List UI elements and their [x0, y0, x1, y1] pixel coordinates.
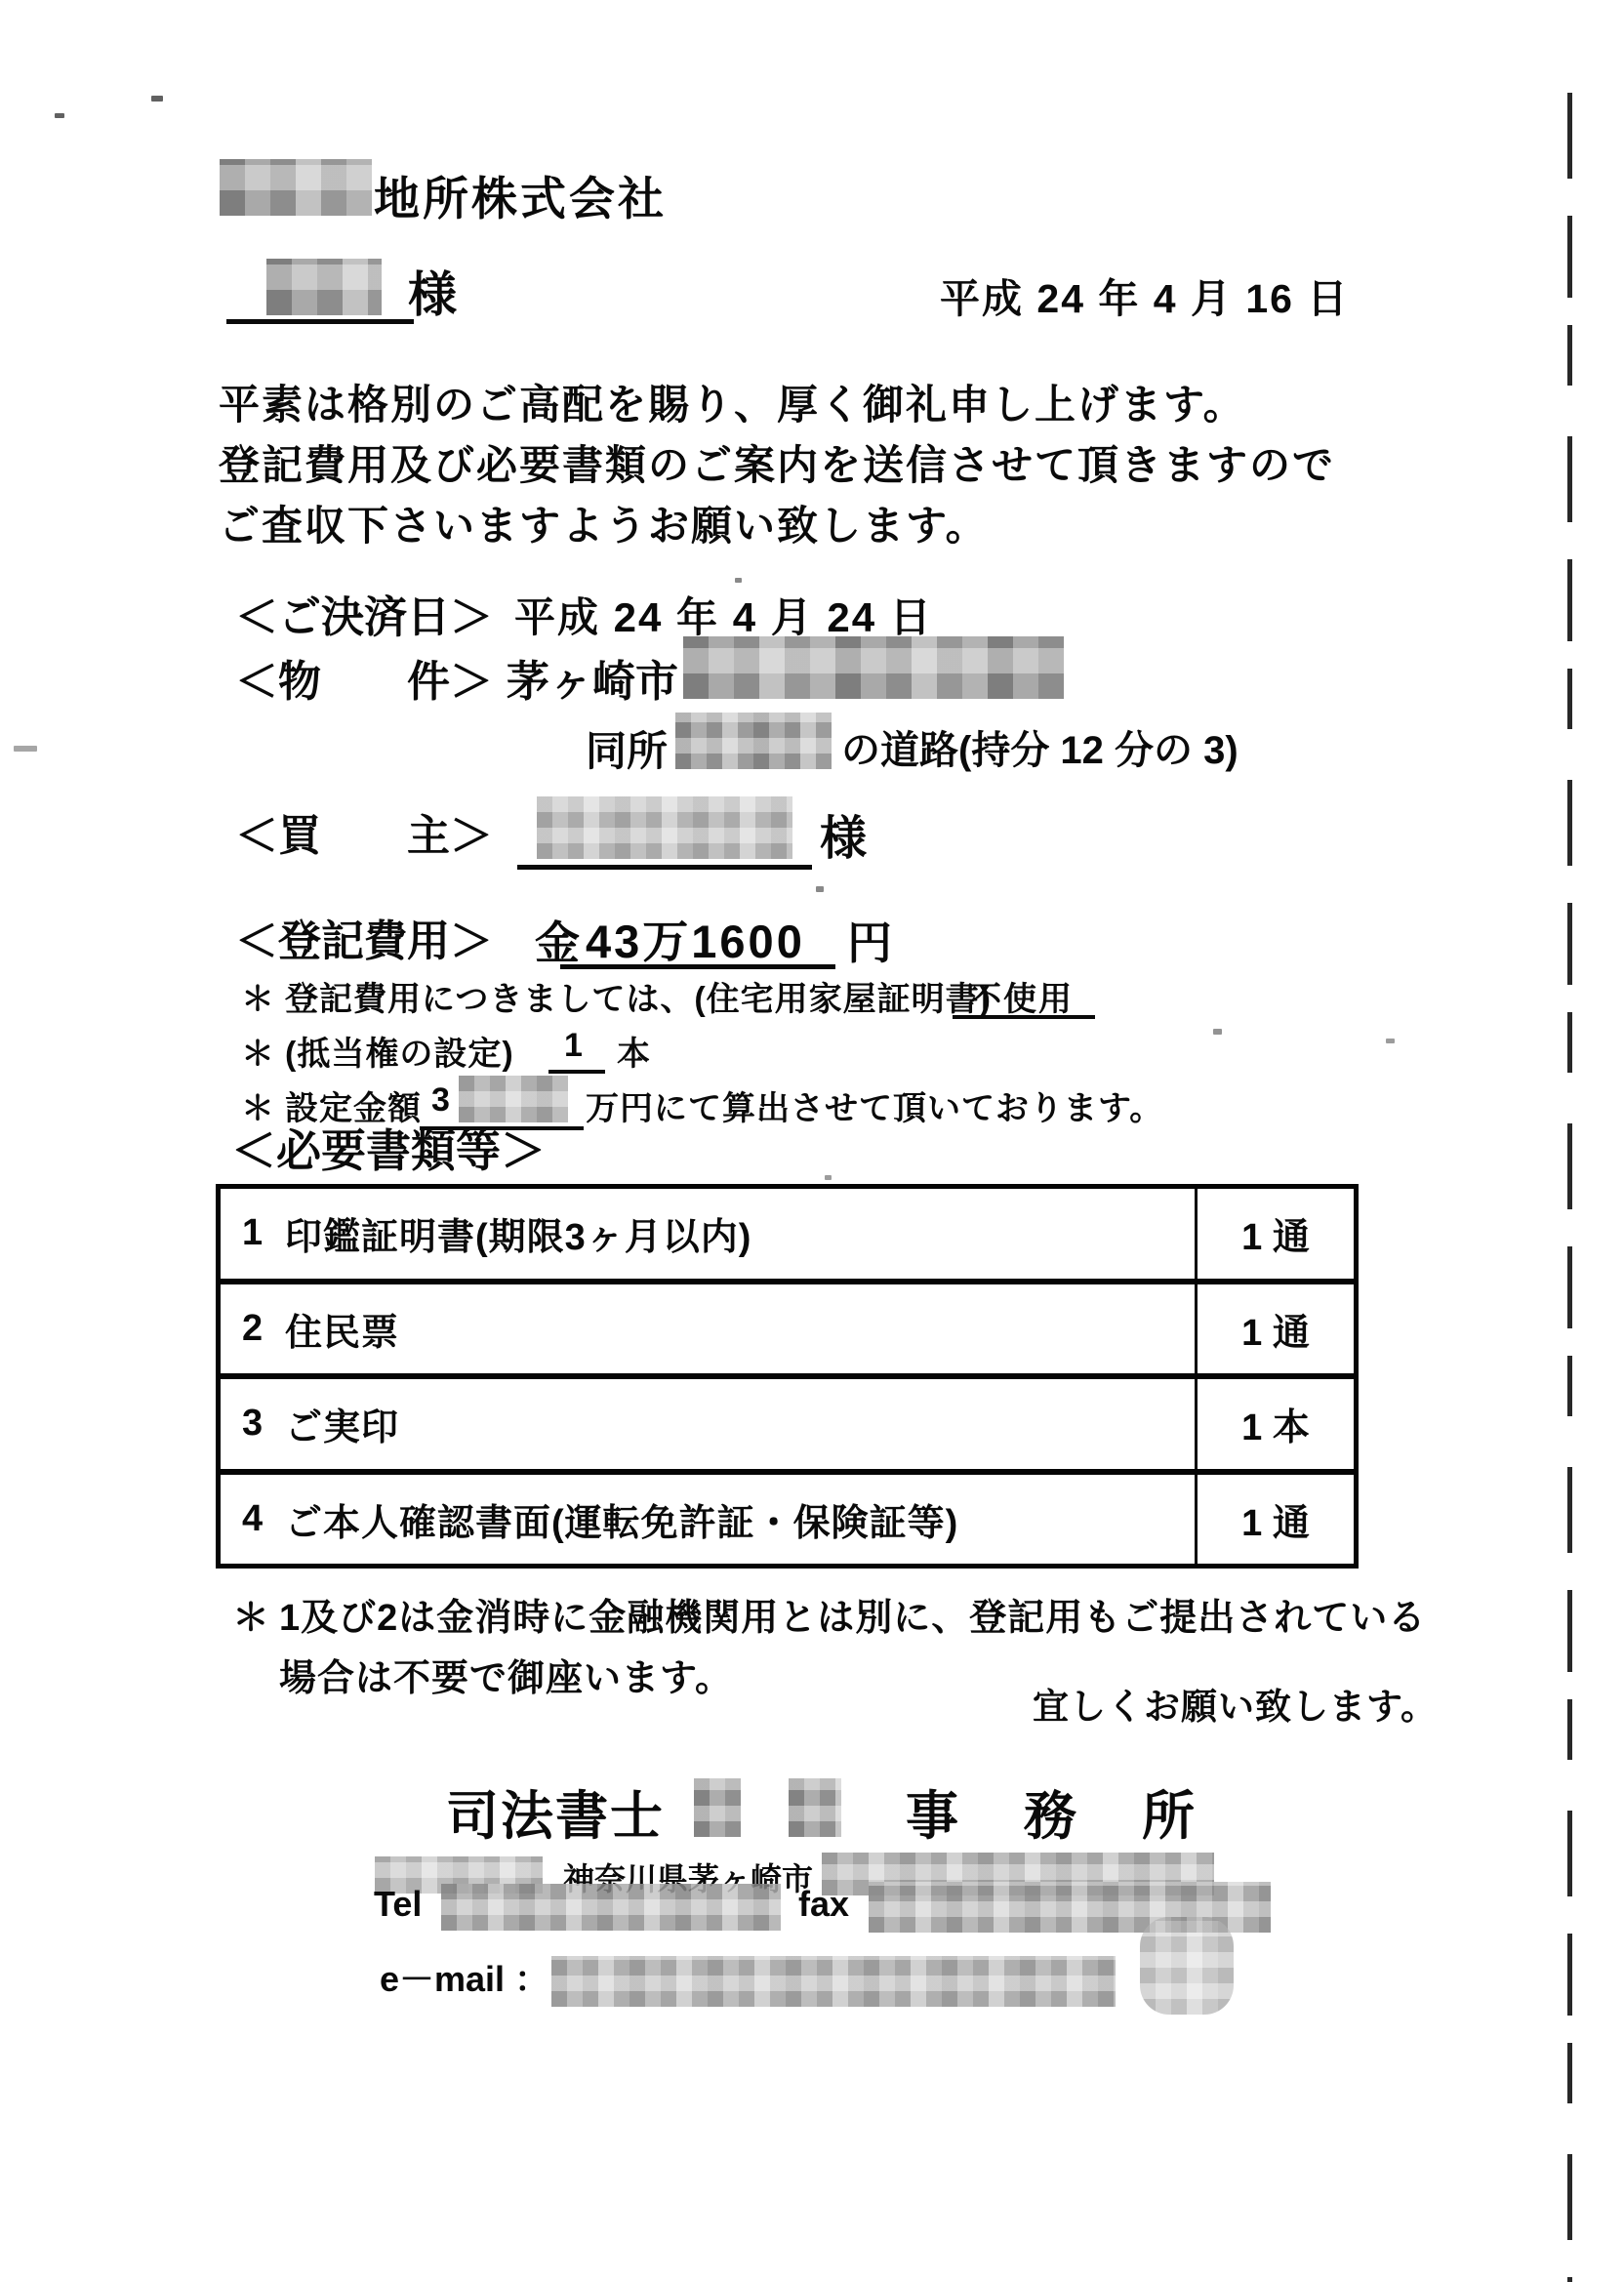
note3-value-prefix: 3 [431, 1081, 450, 1120]
row-number: 1 [242, 1212, 285, 1254]
table-cell-qty: 1 通 [1195, 1189, 1354, 1279]
fee-currency: 金 [535, 908, 580, 972]
documents-heading: ＜必要書類等＞ [231, 1116, 546, 1180]
note1-underline [953, 1015, 1095, 1019]
redacted-property-address [683, 636, 1064, 699]
email-label: e－mail ： [380, 1952, 549, 2002]
settlement-value: 平成 24 年 4 月 24 日 [514, 586, 933, 644]
table-cell-qty: 1 本 [1195, 1379, 1354, 1469]
table-cell-item: 1 印鑑証明書(期限3ヶ月以内) [221, 1189, 1195, 1279]
property-label: ＜物 件＞ [235, 646, 493, 709]
scan-speck [14, 746, 37, 752]
fee-unit: 円 [847, 908, 892, 972]
note2-text: (抵当権の設定) [285, 1027, 514, 1075]
scanned-letter-page: 地所株式会社 様 平成 24 年 4 月 16 日 平素は格別のご高配を賜り、厚… [0, 0, 1624, 2282]
scan-speck [825, 1175, 832, 1180]
redacted-office-name-1 [694, 1778, 741, 1837]
redacted-company-name [220, 159, 372, 216]
scan-speck [55, 113, 64, 118]
row-item-label: ご本人確認書面(運転免許証・保険証等) [285, 1492, 958, 1546]
scan-speck [735, 578, 742, 583]
required-documents-table: 1 印鑑証明書(期限3ヶ月以内) 1 通 2 住民票 1 通 3 ご実印 1 本… [216, 1184, 1359, 1569]
greeting-line-3: ご査収下さいますようお願い致します。 [219, 494, 989, 552]
redacted-property-lot [675, 713, 832, 769]
footnote-line-1: 1及び2は金消時に金融機関用とは別に、登記用もご提出されている [279, 1587, 1426, 1641]
note3-suffix: 万円にて算出させて頂いております。 [586, 1081, 1163, 1129]
recipient-underline [226, 319, 414, 324]
tel-label: Tel [374, 1884, 422, 1925]
scan-speck [816, 886, 824, 892]
row-item-label: ご実印 [285, 1397, 399, 1450]
fee-amount: 43万1600 [586, 906, 805, 971]
issue-date: 平成 24 年 4 月 16 日 [940, 266, 1349, 324]
company-name-suffix: 地所株式会社 [374, 163, 667, 228]
redacted-tel-number [441, 1884, 781, 1931]
greeting-line-2: 登記費用及び必要書類のご案内を送信させて頂きますので [219, 433, 1335, 492]
recipient-honorific: 様 [408, 256, 457, 326]
redacted-seal-stamp [1140, 1917, 1234, 2015]
redacted-buyer-name [537, 796, 792, 859]
note2-value: 1 [564, 1027, 583, 1065]
table-cell-qty: 1 通 [1195, 1475, 1354, 1565]
buyer-label: ＜買 主＞ [235, 800, 493, 863]
greeting-line-1: 平素は格別のご高配を賜り、厚く御礼申し上げます。 [219, 373, 1246, 431]
table-row: 2 住民票 1 通 [221, 1284, 1354, 1380]
redacted-recipient-name [266, 259, 382, 315]
note1-text: 登記費用につきましては、(住宅用家屋証明書) [285, 972, 992, 1020]
table-row: 3 ご実印 1 本 [221, 1379, 1354, 1475]
office-title-suffix: 事 務 所 [906, 1774, 1220, 1850]
note1-value: 不使用 [968, 972, 1074, 1020]
fee-label: ＜登記費用＞ [235, 906, 493, 968]
table-cell-qty: 1 通 [1195, 1284, 1354, 1374]
row-number: 4 [242, 1498, 285, 1540]
row-number: 2 [242, 1308, 285, 1350]
footnote-bullet: ＊ [232, 1587, 269, 1641]
note2-underline [548, 1070, 605, 1074]
table-cell-item: 2 住民票 [221, 1284, 1195, 1374]
row-number: 3 [242, 1403, 285, 1445]
table-row: 4 ご本人確認書面(運転免許証・保険証等) 1 通 [221, 1475, 1354, 1565]
row-item-label: 住民票 [285, 1302, 399, 1356]
row-item-label: 印鑑証明書(期限3ヶ月以内) [285, 1206, 751, 1260]
redacted-office-name-2 [789, 1778, 841, 1837]
note2-unit: 本 [617, 1027, 650, 1075]
buyer-underline [517, 865, 812, 870]
scan-speck [151, 96, 163, 102]
scan-speck [1213, 1029, 1222, 1035]
property-city: 茅ヶ崎市 [507, 646, 678, 709]
property-line2-suffix: の道路(持分 12 分の 3) [841, 719, 1238, 775]
table-row: 1 印鑑証明書(期限3ヶ月以内) 1 通 [221, 1189, 1354, 1284]
footnote-line-2: 場合は不要で御座います。 [279, 1648, 733, 1701]
property-line2-prefix: 同所 [586, 719, 668, 778]
buyer-honorific: 様 [820, 800, 867, 868]
note2-bullet: ＊ [241, 1027, 274, 1075]
closing-text: 宜しくお願い致します。 [1033, 1677, 1438, 1730]
office-title-prefix: 司法書士 [446, 1774, 665, 1850]
scan-edge-line [1567, 93, 1572, 2282]
table-cell-item: 4 ご本人確認書面(運転免許証・保険証等) [221, 1475, 1195, 1565]
scan-speck [1386, 1039, 1395, 1043]
table-cell-item: 3 ご実印 [221, 1379, 1195, 1469]
settlement-label: ＜ご決済日＞ [235, 582, 493, 644]
note1-bullet: ＊ [241, 972, 274, 1020]
fee-underline [560, 964, 835, 969]
redacted-email-address [551, 1956, 1116, 2007]
fax-label: fax [798, 1884, 849, 1925]
